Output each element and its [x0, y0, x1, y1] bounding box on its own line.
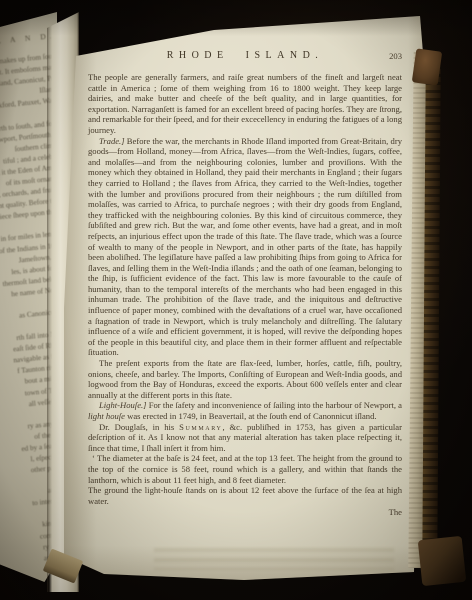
paragraph: The people are generally farmers, and ra…: [88, 72, 402, 136]
paragraph: The ground the light-houſe ſtands on is …: [88, 485, 402, 506]
paragraph: Dr. Douglaſs, in his Summary, &c. publiſ…: [88, 422, 402, 454]
page-content: RHODE ISLAND. 203 The people are general…: [88, 50, 402, 518]
book-page: RHODE ISLAND. 203 The people are general…: [64, 8, 426, 586]
paragraph: Trade.] Before the war, the merchants in…: [88, 136, 402, 358]
text-block: The people are generally farmers, and ra…: [88, 72, 402, 506]
running-head: RHODE ISLAND. 203: [88, 50, 402, 65]
paragraph: The preſent exports from the ſtate are f…: [88, 358, 402, 400]
catchword: The: [88, 507, 402, 518]
cover-corner-top: [412, 48, 442, 85]
paragraph: Light-Houſe.] For the ſafety and inconve…: [88, 400, 402, 421]
paragraph: ‘ The diameter at the baſe is 24 feet, a…: [88, 453, 402, 485]
page-number: 203: [389, 51, 402, 61]
cover-corner-bottom: [418, 536, 467, 586]
ink-showthrough: [154, 548, 394, 570]
page-title: RHODE ISLAND.: [88, 50, 402, 61]
